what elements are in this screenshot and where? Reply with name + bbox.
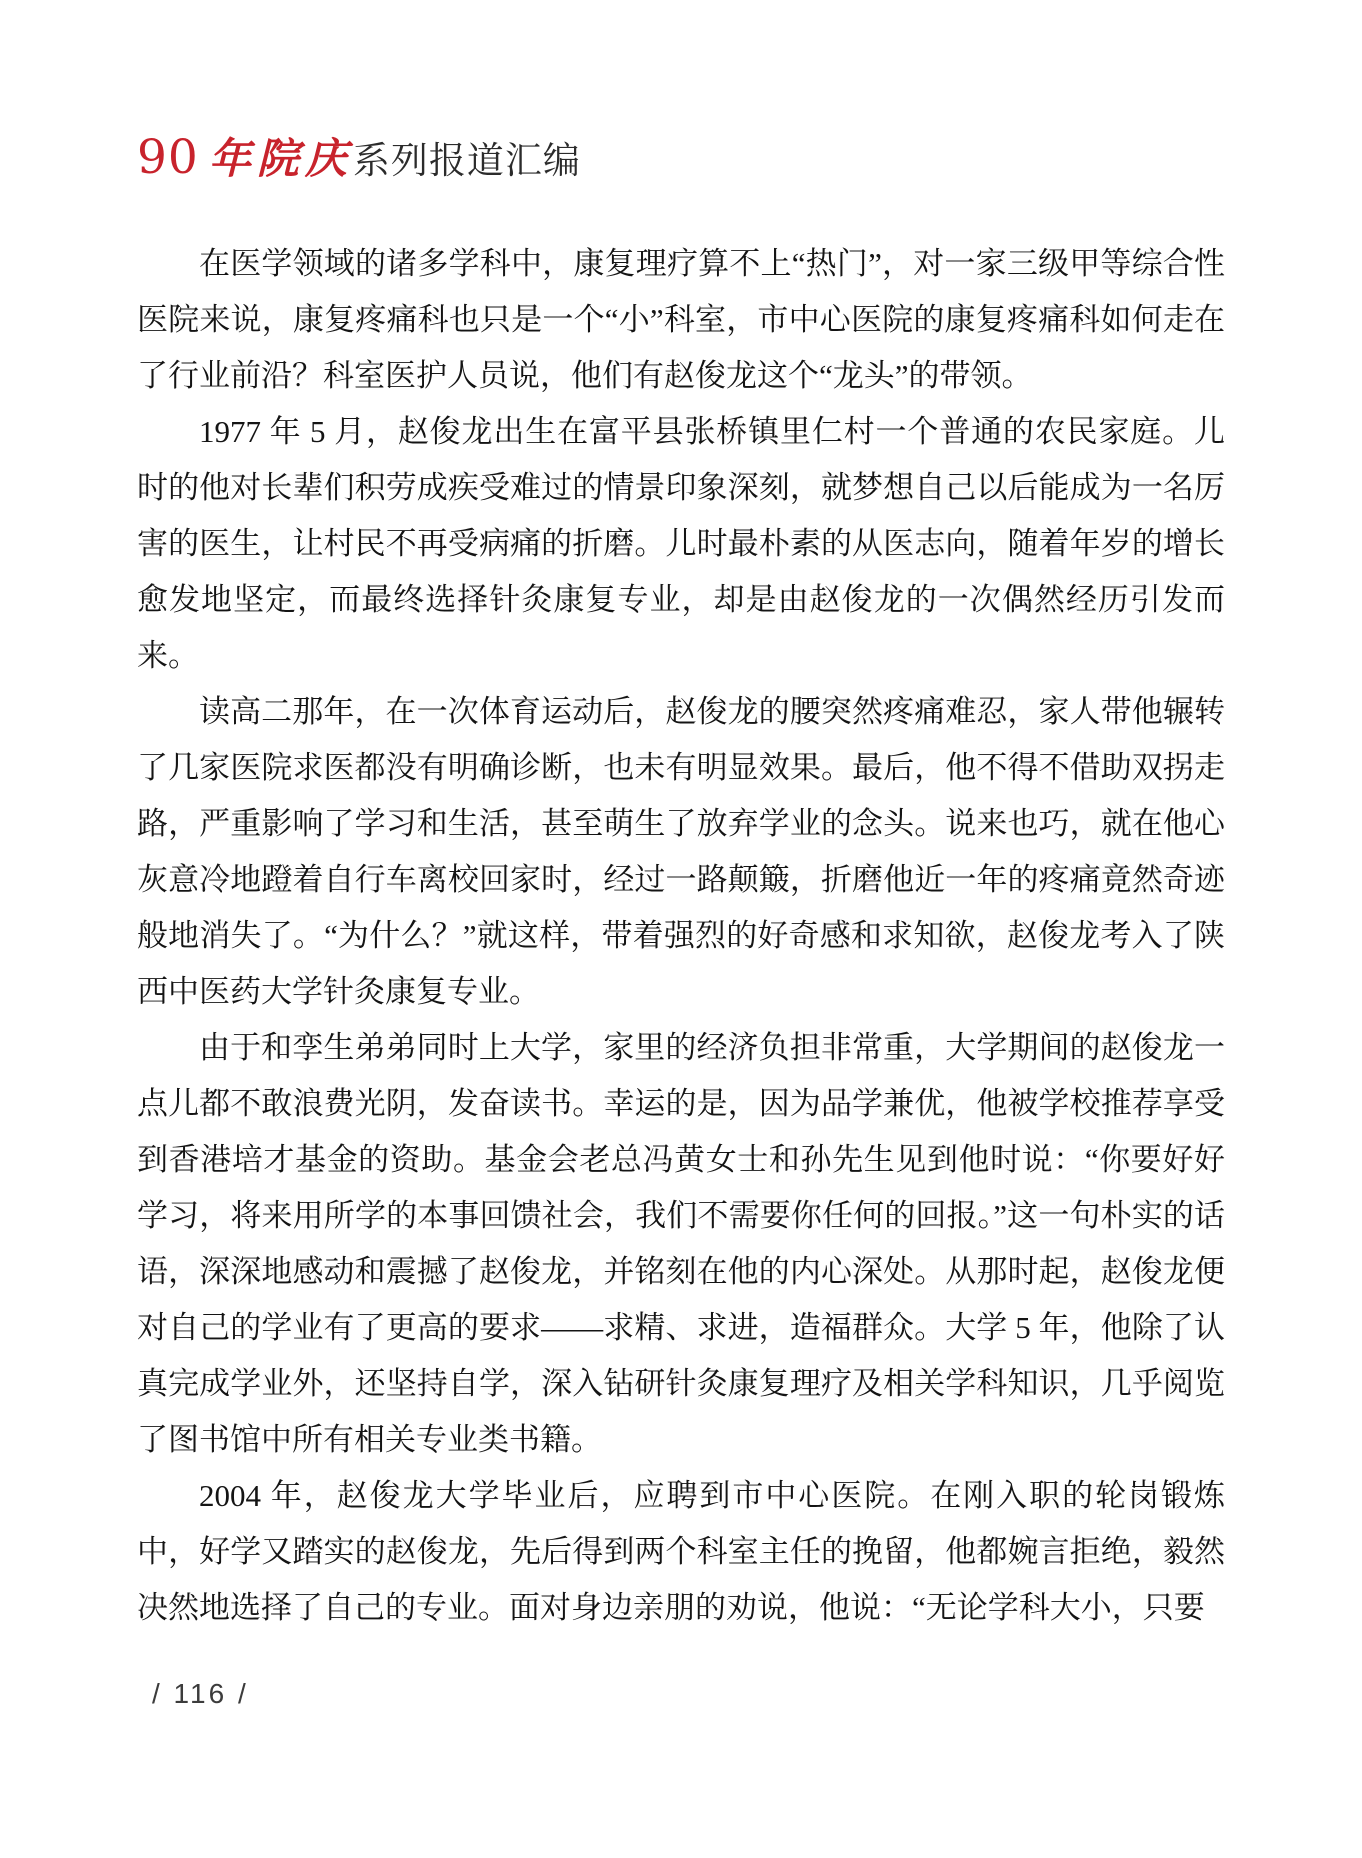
paragraph-5: 2004 年，赵俊龙大学毕业后，应聘到市中心医院。在刚入职的轮岗锻炼中，好学又踏… xyxy=(137,1468,1225,1636)
header-anniversary-number: 90 xyxy=(137,130,199,185)
page-number: / 116 / xyxy=(152,1678,249,1710)
document-page: 90 年院庆 系列报道汇编 在医学领域的诸多学科中，康复理疗算不上“热门”，对一… xyxy=(0,0,1362,1858)
page-header: 90 年院庆 系列报道汇编 xyxy=(137,126,581,186)
article-body: 在医学领域的诸多学科中，康复理疗算不上“热门”，对一家三级甲等综合性医院来说，康… xyxy=(137,236,1225,1636)
paragraph-4: 由于和孪生弟弟同时上大学，家里的经济负担非常重，大学期间的赵俊龙一点儿都不敢浪费… xyxy=(137,1020,1225,1468)
paragraph-2: 1977 年 5 月，赵俊龙出生在富平县张桥镇里仁村一个普通的农民家庭。儿时的他… xyxy=(137,404,1225,684)
header-anniversary-calligraphy: 年院庆 xyxy=(209,126,353,186)
paragraph-1: 在医学领域的诸多学科中，康复理疗算不上“热门”，对一家三级甲等综合性医院来说，康… xyxy=(137,236,1225,404)
header-series-title: 系列报道汇编 xyxy=(353,130,581,184)
paragraph-3: 读高二那年，在一次体育运动后，赵俊龙的腰突然疼痛难忍，家人带他辗转了几家医院求医… xyxy=(137,684,1225,1020)
